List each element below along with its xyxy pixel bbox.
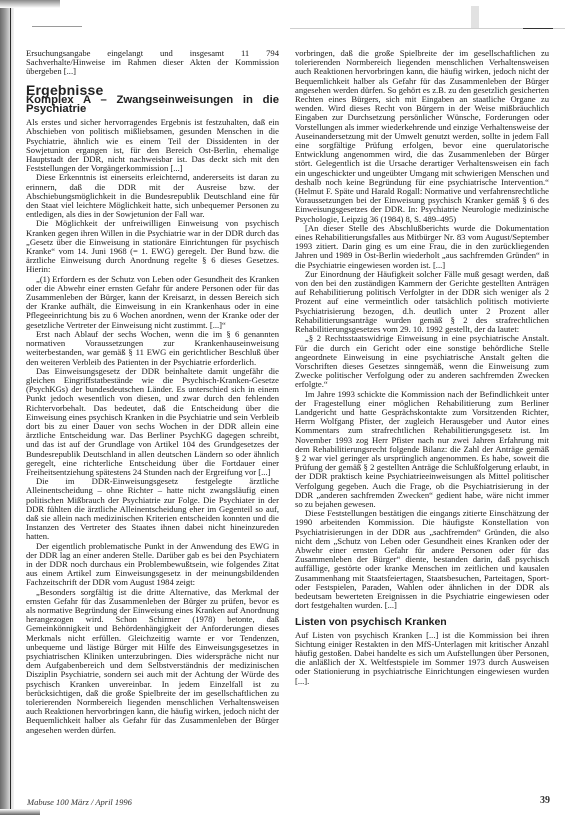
right-column: vorbringen, daß die große Spielbreite de… [295, 49, 549, 686]
header-rule-accent [523, 28, 553, 29]
left-paragraphs: Als erstes und sicher hervorragendes Erg… [26, 118, 279, 735]
intro-text: Ersuchungsangabe eingelangt und insgesam… [26, 49, 279, 77]
header-rule-left [32, 26, 82, 27]
quote-paragraph: „(1) Erfordern es der Schutz von Leben o… [26, 275, 279, 330]
paragraph: Der eigentlich problematische Punkt in d… [26, 542, 279, 588]
subsection-heading-lists: Listen von psychisch Kranken [295, 618, 549, 627]
paragraph: Auf Listen von psychisch Kranken [...] i… [295, 631, 549, 686]
page-binding-edge [0, 0, 14, 815]
footer-publication: Mabuse 100 März / April 1996 [27, 797, 132, 807]
paragraph: [An dieser Stelle des Abschlußberichts w… [295, 224, 549, 270]
left-column: Ersuchungsangabe eingelangt und insgesam… [26, 49, 279, 735]
scan-shadow-top [0, 0, 60, 8]
paragraph: Zur Einordnung der Häufigkeit solcher Fä… [295, 270, 549, 334]
paragraph: vorbringen, daß die große Spielbreite de… [295, 49, 549, 224]
quote-paragraph: „§ 2 Rechtsstaatswidrige Einweisung in e… [295, 334, 549, 389]
paragraph: Im Jahre 1993 schickte die Kommission na… [295, 390, 549, 510]
scan-shadow-bottom [0, 809, 40, 815]
header-mark [471, 6, 479, 28]
quote-paragraph: „Besonders sorgfältig ist die dritte Alt… [26, 588, 279, 735]
paragraph: Diese Feststellungen bestätigen die eing… [295, 509, 549, 610]
binding-line [10, 6, 11, 809]
paragraph: Erst nach Ablauf der sechs Wochen, wenn … [26, 330, 279, 367]
paragraph: Die Möglichkeit der unfreiwilligen Einwe… [26, 219, 279, 274]
subsection-heading: Komplex A – Zwangseinweisungen in die Ps… [26, 96, 279, 114]
paragraph: Als erstes und sicher hervorragendes Erg… [26, 118, 279, 173]
paragraph: Das Einweisungsgesetz der DDR beinhaltet… [26, 367, 279, 477]
page-number: 39 [540, 795, 550, 806]
paragraph: Die im DDR-Einweisungsgesetz festgelegte… [26, 477, 279, 541]
paragraph: Diese Erkenntnis ist einerseits erleicht… [26, 173, 279, 219]
